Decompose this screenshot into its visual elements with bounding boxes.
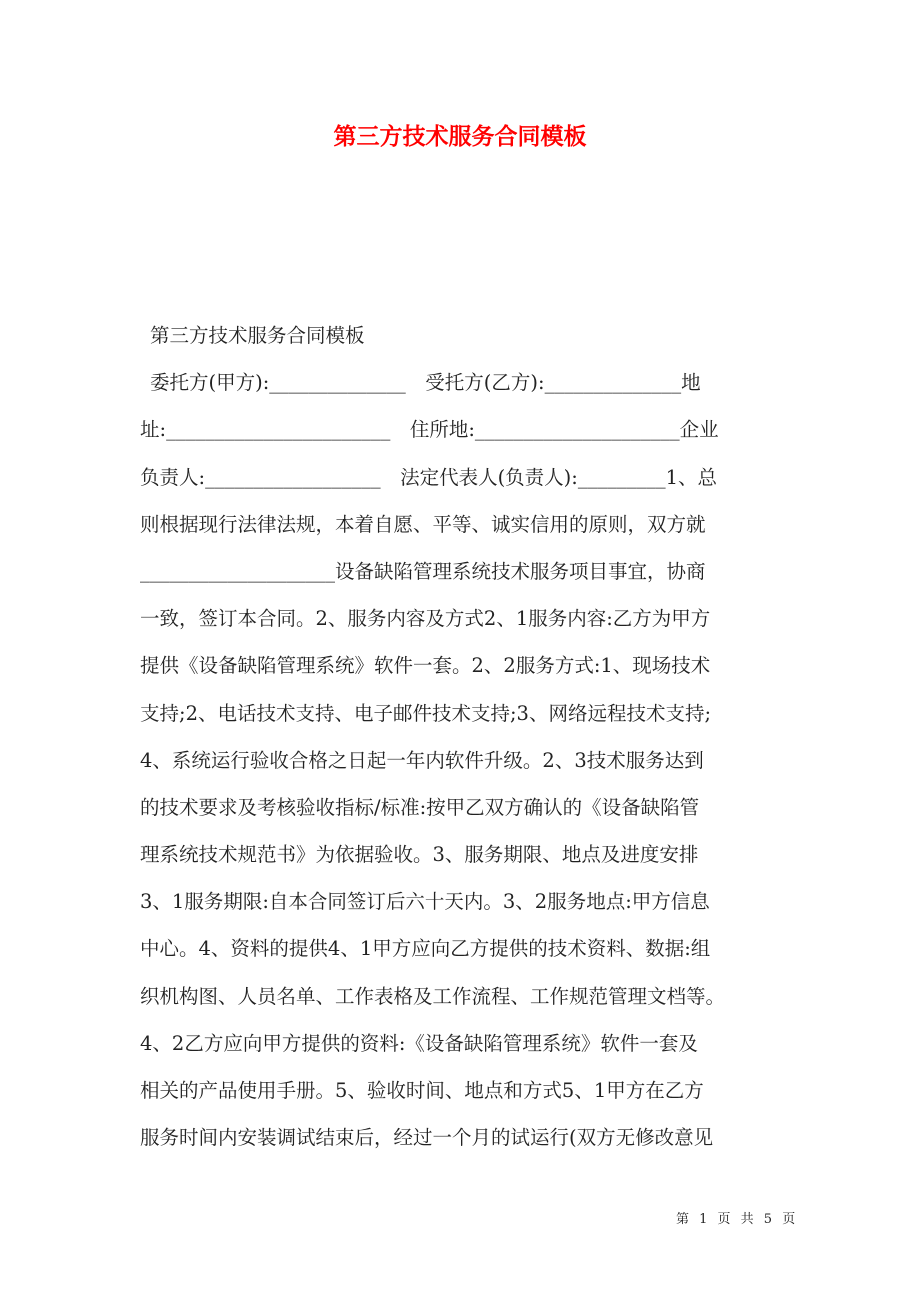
body-line: 支持;2、电话技术支持、电子邮件技术支持;3、网络远程技术支持; (140, 690, 780, 737)
body-line: 提供《设备缺陷管理系统》软件一套。2、2服务方式:1、现场技术 (140, 642, 780, 689)
body-line: 理系统技术规范书》为依据验收。3、服务期限、地点及进度安排 (140, 831, 780, 878)
document-body: 第三方技术服务合同模板 委托方(甲方):______________ 受托方(乙… (140, 312, 780, 1161)
page-number: 第 1 页 共 5 页 (676, 1208, 798, 1227)
body-line: 4、系统运行验收合格之日起一年内软件升级。2、3技术服务达到 (140, 737, 780, 784)
body-line: 委托方(甲方):______________ 受托方(乙方):_________… (140, 359, 780, 406)
document-title: 第三方技术服务合同模板 (0, 118, 920, 151)
body-line: 中心。4、资料的提供4、1甲方应向乙方提供的技术资料、数据:组 (140, 925, 780, 972)
body-line: 3、1服务期限:自本合同签订后六十天内。3、2服务地点:甲方信息 (140, 878, 780, 925)
body-line: 一致，签订本合同。2、服务内容及方式2、1服务内容:乙方为甲方 (140, 595, 780, 642)
body-line: 织机构图、人员名单、工作表格及工作流程、工作规范管理文档等。 (140, 973, 780, 1020)
body-line: 服务时间内安装调试结束后，经过一个月的试运行(双方无修改意见 (140, 1114, 780, 1161)
body-line: 相关的产品使用手册。5、验收时间、地点和方式5、1甲方在乙方 (140, 1067, 780, 1114)
body-line: 第三方技术服务合同模板 (140, 312, 780, 359)
body-line: 址:_______________________ 住所地:__________… (140, 406, 780, 453)
body-line: 4、2乙方应向甲方提供的资料:《设备缺陷管理系统》软件一套及 (140, 1020, 780, 1067)
body-line: ____________________设备缺陷管理系统技术服务项目事宜，协商 (140, 548, 780, 595)
document-page: 第三方技术服务合同模板 第三方技术服务合同模板 委托方(甲方):________… (0, 0, 920, 1302)
body-line: 负责人:__________________ 法定代表人(负责人):______… (140, 454, 780, 501)
body-line: 的技术要求及考核验收指标/标准:按甲乙双方确认的《设备缺陷管 (140, 784, 780, 831)
body-line: 则根据现行法律法规，本着自愿、平等、诚实信用的原则，双方就 (140, 501, 780, 548)
